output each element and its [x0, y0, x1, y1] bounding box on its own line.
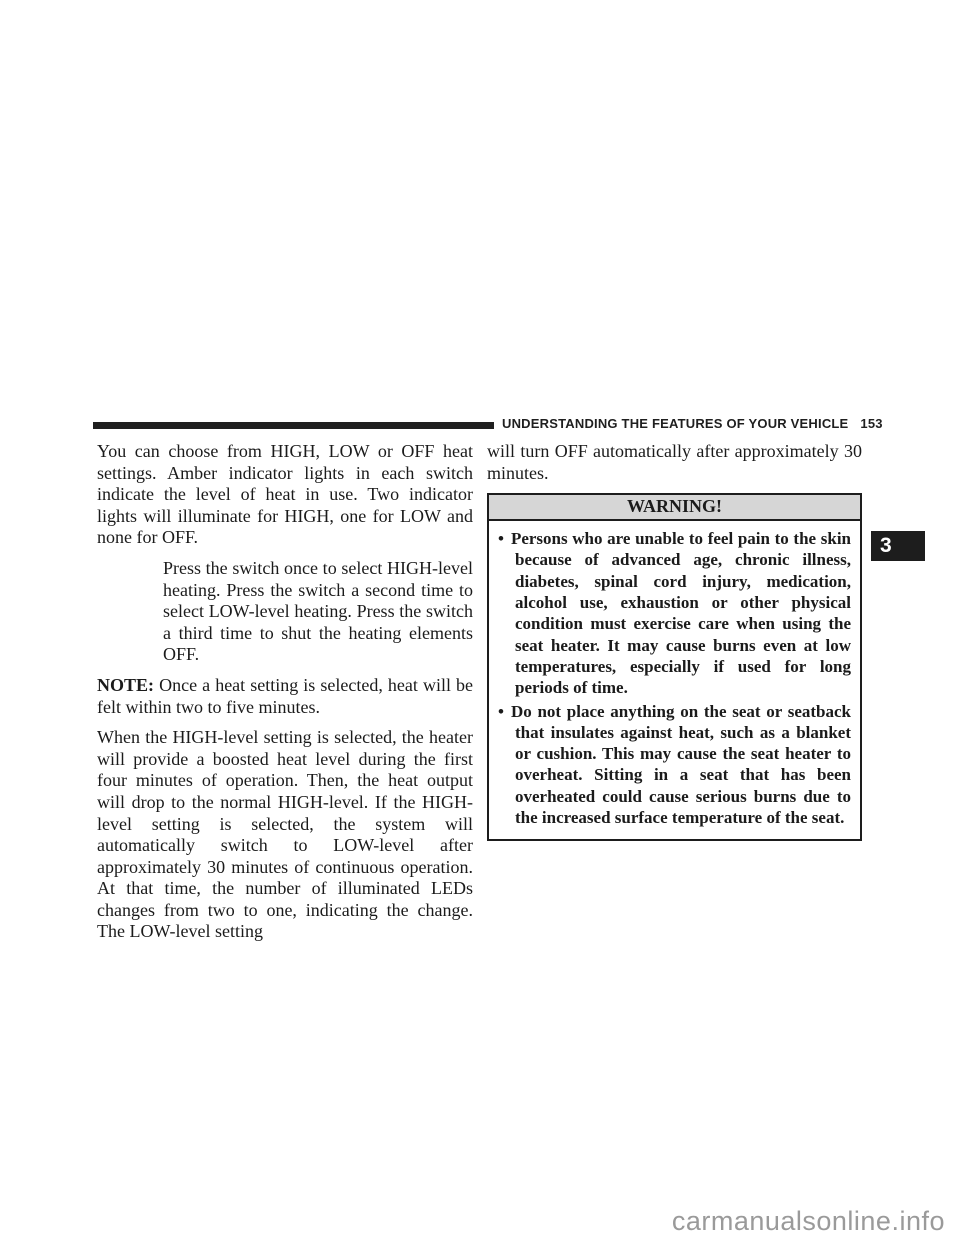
right-column: will turn OFF automatically after approx…: [487, 441, 862, 841]
paragraph-auto-off: will turn OFF automatically after approx…: [487, 441, 862, 484]
running-header: UNDERSTANDING THE FEATURES OF YOUR VEHIC…: [502, 416, 883, 431]
note-text: Once a heat setting is selected, heat wi…: [97, 675, 473, 717]
warning-title: WARNING!: [627, 496, 722, 516]
paragraph-switch-presses: Press the switch once to select HIGH-lev…: [163, 558, 473, 666]
watermark: carmanualsonline.info: [672, 1206, 945, 1237]
paragraph-heat-settings: You can choose from HIGH, LOW or OFF hea…: [97, 441, 473, 549]
left-column: You can choose from HIGH, LOW or OFF hea…: [97, 441, 473, 952]
page-title: UNDERSTANDING THE FEATURES OF YOUR VEHIC…: [502, 416, 848, 431]
section-tab-label: 3: [880, 534, 892, 557]
warning-body: Persons who are unable to feel pain to t…: [489, 521, 860, 839]
warning-header: WARNING!: [489, 495, 860, 521]
warning-bullet: Do not place anything on the seat or sea…: [498, 701, 851, 829]
warning-box: WARNING! Persons who are unable to feel …: [487, 493, 862, 841]
page-number: 153: [860, 416, 882, 431]
section-tab: 3: [871, 531, 925, 561]
header-rule: [93, 422, 494, 429]
warning-list: Persons who are unable to feel pain to t…: [498, 528, 851, 828]
note-label: NOTE:: [97, 675, 154, 695]
warning-bullet: Persons who are unable to feel pain to t…: [498, 528, 851, 698]
manual-page: UNDERSTANDING THE FEATURES OF YOUR VEHIC…: [0, 0, 960, 1242]
warning-bullet-text: Persons who are unable to feel pain to t…: [511, 529, 851, 697]
paragraph-note: NOTE: Once a heat setting is selected, h…: [97, 675, 473, 718]
warning-bullet-text: Do not place anything on the seat or sea…: [511, 702, 851, 827]
paragraph-high-level: When the HIGH-level setting is selected,…: [97, 727, 473, 943]
